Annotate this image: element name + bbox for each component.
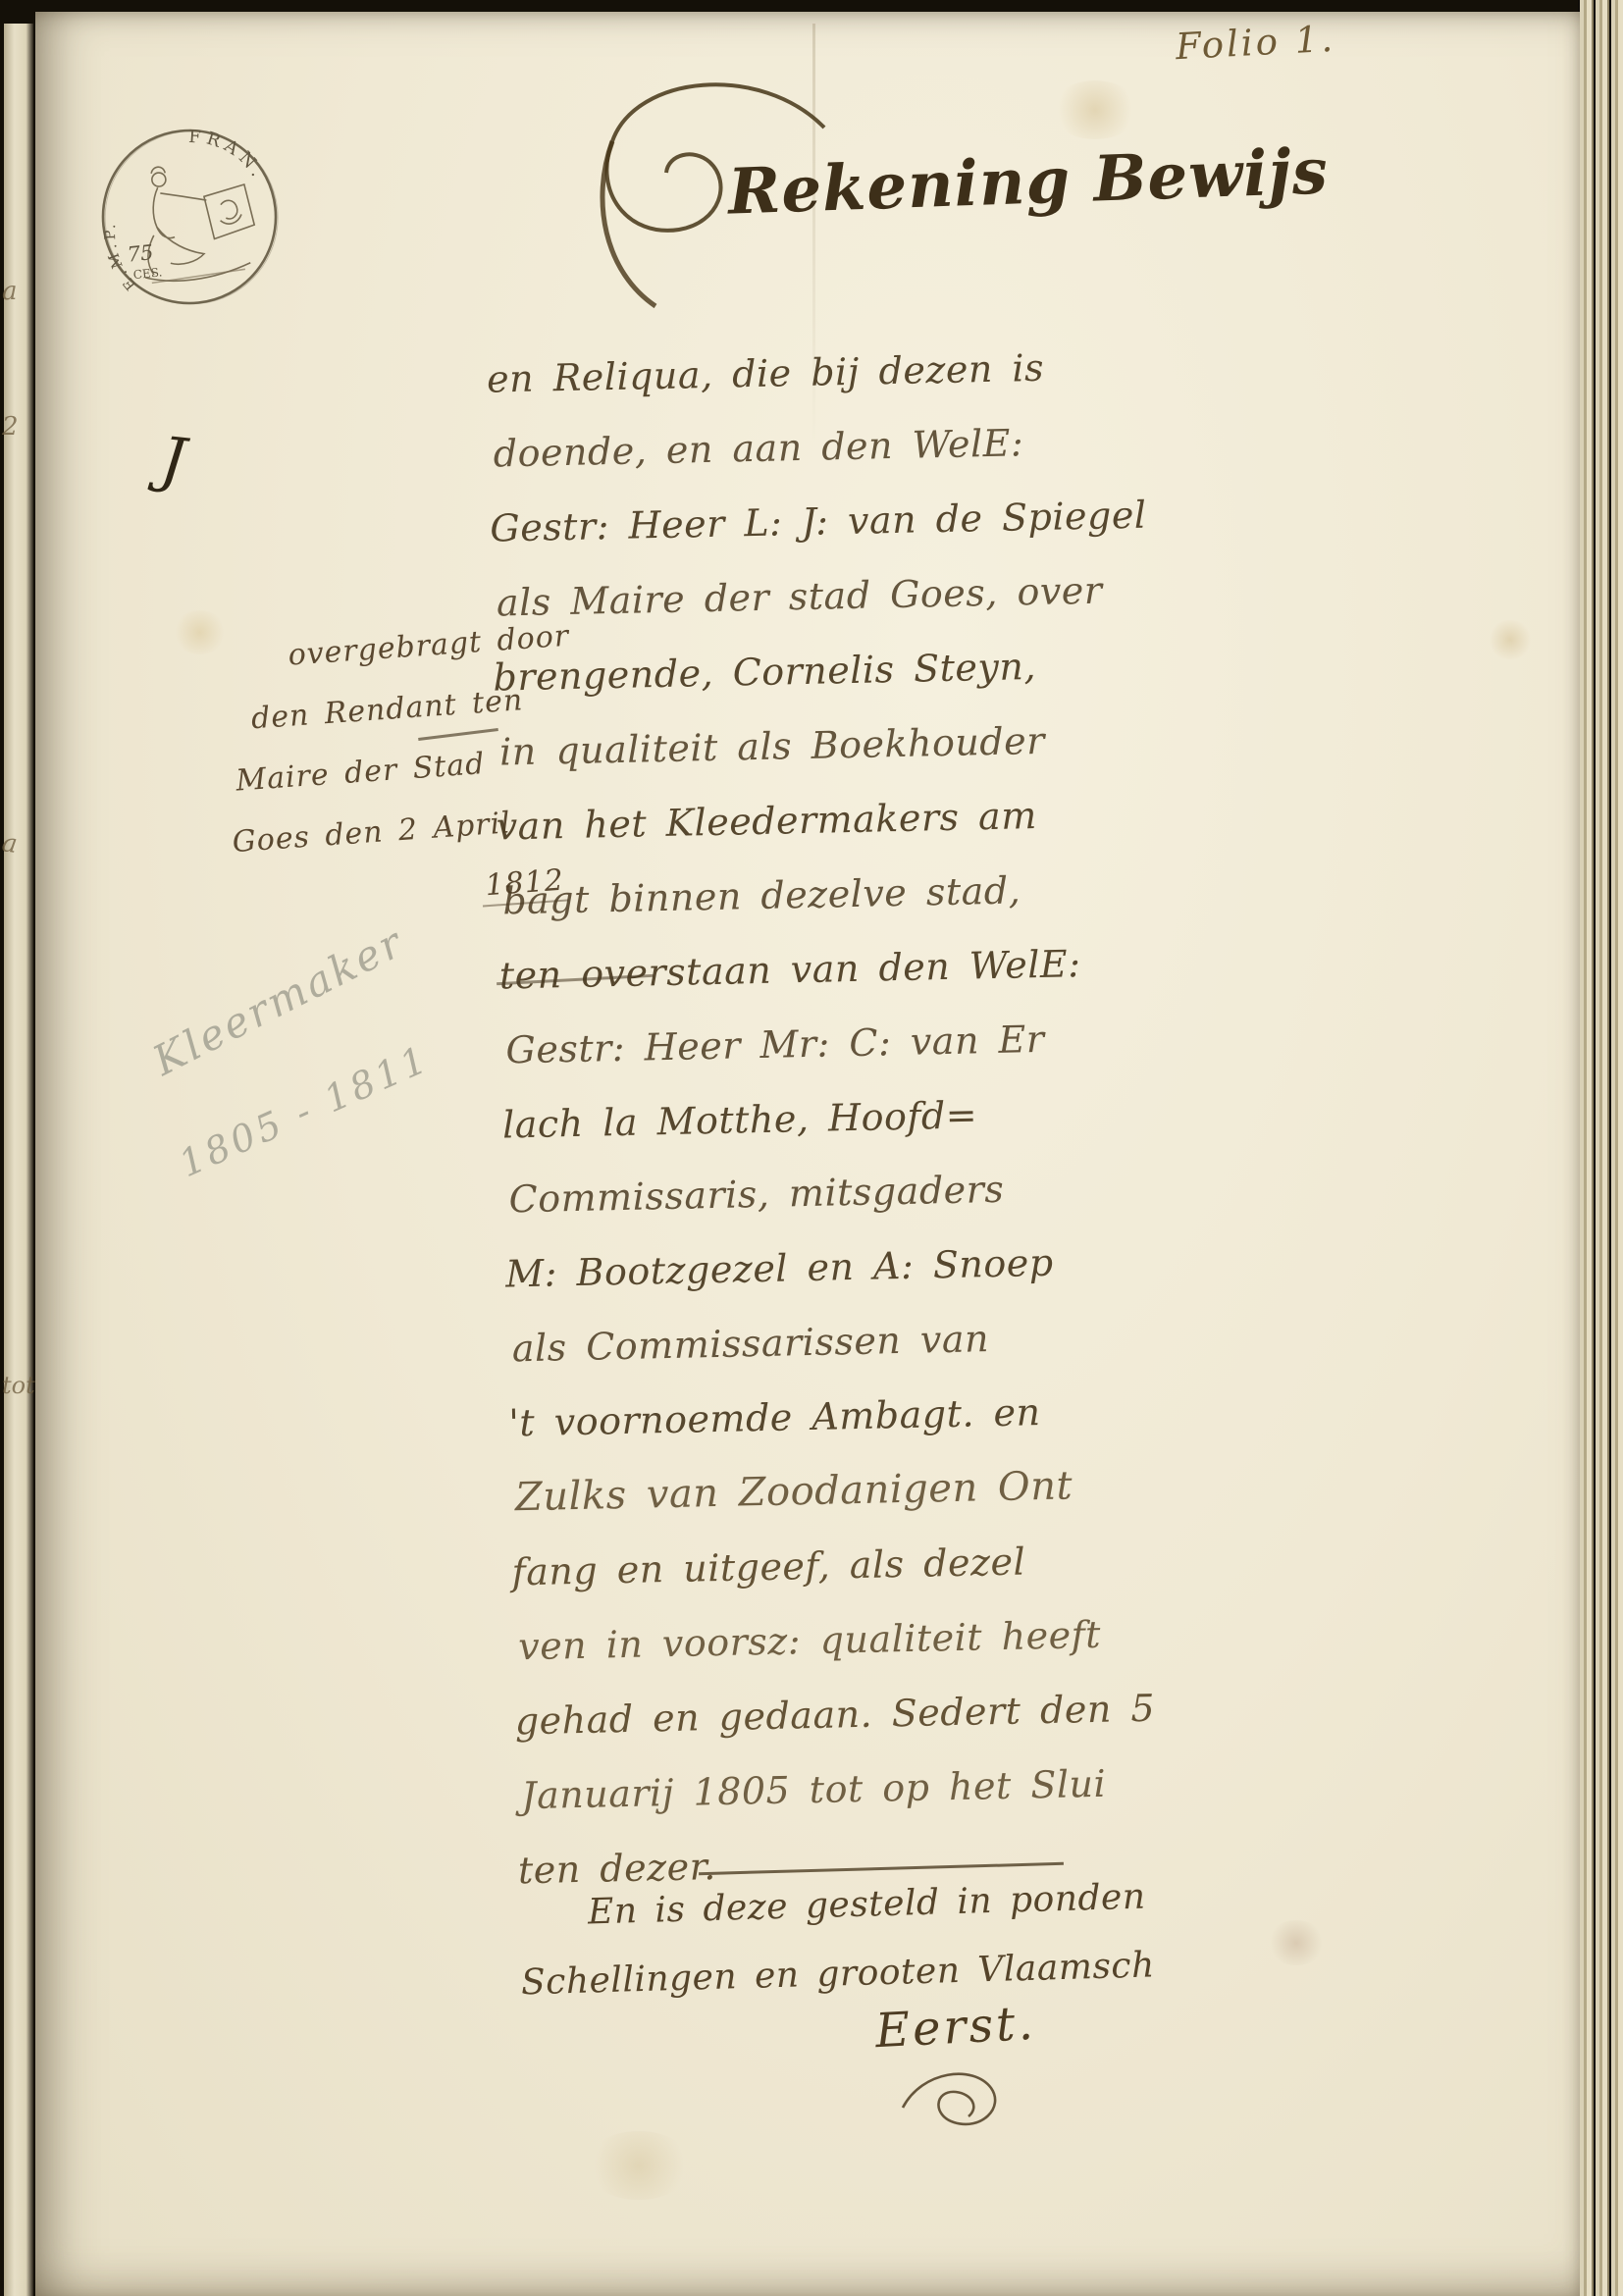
paper-stain (1488, 620, 1533, 659)
body-line: ten overstaan van den WelE: (498, 926, 1108, 1014)
body-line: doende, en aan den WelE: (488, 404, 1097, 492)
body-line: als Maire der stad Goes, over (491, 553, 1100, 641)
svg-text:FRAN.: FRAN. (185, 119, 270, 190)
folio-label: Folio 1. (1175, 18, 1336, 68)
body-line: Gestr: Heer L: J: van de Spiegel (490, 479, 1099, 566)
body-text: en Reliqua, die bij dezen is doende, en … (486, 330, 1126, 1908)
paper-stain (585, 2131, 693, 2200)
body-line: ven in voorsz: qualiteit heeft (512, 1596, 1122, 1684)
body-line: brengende, Cornelis Steyn, (493, 628, 1102, 715)
paper-stain (1051, 80, 1139, 139)
body-line: 't voornoemde Ambagt. en (508, 1373, 1118, 1460)
edge-text-fragment: tot (2, 1372, 35, 1399)
body-line: in qualiteit als Boekhouder (494, 703, 1103, 790)
edge-text-fragment: a (2, 277, 18, 306)
page-stack-edge (1578, 0, 1623, 2296)
closing-text: En is deze gesteld in ponden Schellingen… (500, 1863, 1132, 2018)
signature-flourish-icon (895, 2061, 1022, 2148)
svg-text:75: 75 (126, 240, 154, 267)
revenue-stamp-icon: FRAN. E.M.P. 75 CES. (87, 115, 292, 320)
body-line: als Commissarissen van (506, 1298, 1116, 1385)
body-line: Commissaris, mitsgaders (503, 1149, 1113, 1236)
edge-text-fragment: 2 (2, 412, 19, 442)
paper-stain (1267, 1920, 1326, 1965)
body-line: van het Kleedermakers am (496, 777, 1105, 864)
body-line: bagt binnen dezelve stad, (497, 852, 1106, 939)
section-heading: Eerst. (874, 1996, 1037, 2059)
body-line: fang en uitgeef, als dezel (511, 1522, 1121, 1609)
body-line: M: Bootzgezel en A: Snoep (504, 1224, 1114, 1311)
body-line: en Reliqua, die bij dezen is (486, 330, 1095, 417)
body-line: Januarij 1805 tot op het Slui (516, 1746, 1126, 1833)
body-line: Zulks van Zoodanigen Ont (509, 1447, 1119, 1535)
body-line: Gestr: Heer Mr: C: van Er (500, 1001, 1110, 1088)
scanned-manuscript: { "document": { "folio": "Folio 1.", "ti… (0, 0, 1623, 2296)
body-line: gehad en gedaan. Sedert den 5 (514, 1671, 1124, 1758)
previous-page-edge (4, 24, 33, 2296)
body-line: lach la Motthe, Hoofd= (501, 1075, 1111, 1163)
